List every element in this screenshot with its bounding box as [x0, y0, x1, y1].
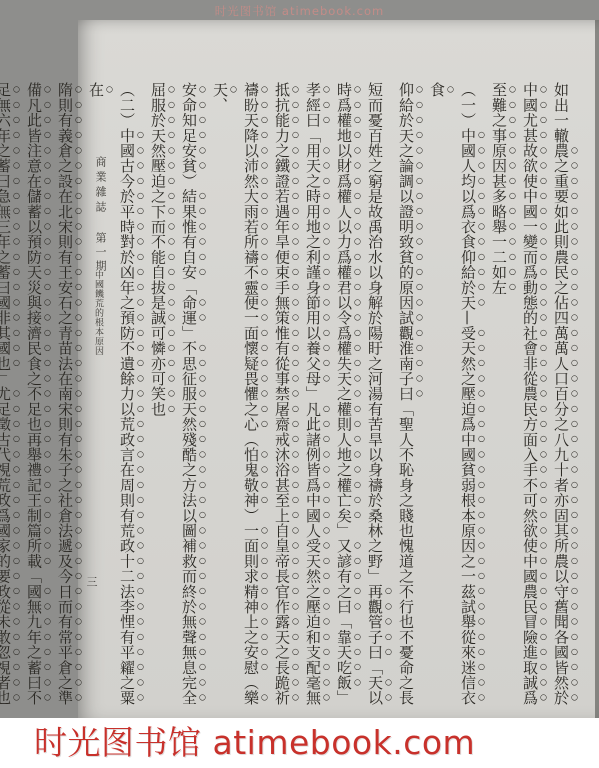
emphasized-text: 備凡此皆注意在儲蓄以預防天災與接濟民食之不足也再舉禮記王制篇所載「國無九年之蓄曰…	[25, 82, 43, 705]
emphasized-text: 中國尤甚故欲使中國一變而爲動態的社會非從農民方面入手不可然欲使中國農民冒險進取誠…	[521, 82, 539, 705]
text-column: 屈服於天然壓迫之下而不能自拔是誠可憐亦可笑也	[145, 82, 176, 710]
emphasized-text: 時爲權地以財爲權人以力爲權君以令爲權失天之權則人地之權亡矣」又諺有之曰「靠天吃飯…	[335, 82, 353, 705]
page-edge-shadow	[595, 20, 599, 718]
scanned-book-page: 如出一轍農之重要如此則農民之佔四萬萬人口百分之八九十者亦固其所農以守舊聞各國皆然…	[78, 20, 599, 718]
emphasized-text: 屈服於天然壓迫之下而不能自拔是誠可憐亦可笑也	[149, 82, 167, 416]
emphasized-text: 農之重要如此則農民之佔四萬萬人口百分之八九十者亦固其所農以守舊聞各國皆然於	[552, 143, 570, 705]
text-column: 孝經曰「用天之時用地之利謹身節用以養父母」凡此諸例皆爲中國人受天然之壓迫和支配毫…	[300, 82, 331, 710]
text-column: 短而憂百姓之窮是故禹治水以身解於陽盱之河湯有苦旱以身禱於桑林之野」再觀管子曰「天…	[362, 82, 393, 710]
text-column: 隋則有義倉之設在北宋則有王安石之青苗法在南宋則有朱子之社倉法遞及今日而有常平倉之…	[52, 82, 83, 710]
text-column: 安命知足安貧）結果惟有自安「命運」不思征服天然殘酷之方法以圖補救而終於無聲無息完…	[176, 82, 207, 710]
text-column: 至難之事原因甚多略舉一二如左	[486, 82, 517, 710]
text-column: 仰給於天之論調以證明致貧的原因試觀淮南子曰「聖人不恥身之賤也愧道之不行也不憂命之…	[393, 82, 424, 710]
text-column: 抵抗能力之鐵證若遇年旱便束手無策惟有從事禁屠齋戒沐浴甚至上自皇帝長官作露天之長跪…	[269, 82, 300, 710]
text-column: 足無六年之蓄曰急無三年之蓄曰國非其國也」尤足徵古代視荒政爲國家的要政從未敢忽視者…	[0, 82, 21, 710]
text-column: 備凡此皆注意在儲蓄以預防天災與接濟民食之不足也再舉禮記王制篇所載「國無九年之蓄曰…	[21, 82, 52, 710]
emphasized-text: 足無六年之蓄曰急無三年之蓄曰國非其國也」尤足徵古代視荒政爲國家的要政從未敢忽視者…	[0, 82, 12, 705]
plain-text: （一）	[459, 82, 477, 128]
emphasized-text: 抵抗能力之鐵證若遇年旱便束手無策惟有從事禁屠齋戒沐浴甚至上自皇帝長官作露天之長跪…	[273, 82, 291, 705]
plain-text: 如出一轍	[552, 82, 570, 143]
text-column: 如出一轍農之重要如此則農民之佔四萬萬人口百分之八九十者亦固其所農以守舊聞各國皆然…	[548, 82, 579, 710]
text-column: （一）中國人均以爲衣食仰給於天—受天然之壓迫爲中國貧弱根本原因之一茲試舉從來迷信…	[424, 82, 486, 710]
emphasized-text: 中國人均以爲衣食仰給於天—受天然之壓迫爲中國貧弱根本原因之一茲試舉從來迷信衣食	[428, 82, 477, 705]
site-banner: 时光图书馆 atimebook.com	[0, 718, 599, 768]
text-column: 時爲權地以財爲權人以力爲權君以令爲權失天之權則人地之權亡矣」又諺有之曰「靠天吃飯…	[331, 82, 362, 710]
issue-label: 第一期	[92, 232, 108, 274]
plain-text: （二）	[118, 82, 136, 128]
text-column: 禱盼天降以沛然大雨若所禱不靈便一面懷疑畏懼之心（怕鬼敬神）一面則求精神上之安慰（…	[207, 82, 269, 710]
plain-text: 短而憂百姓之窮是故禹治水以身解於陽盱之河湯有苦旱以身禱於桑林之野」	[366, 82, 384, 584]
emphasized-text: 仰給於天之論調以證明致貧的原因試觀淮南子曰	[397, 82, 415, 401]
article-title-running-head: 中國饑荒的根本原因	[92, 270, 105, 356]
emphasized-text: 孝經曰「用天之時用地之利謹身節用以養父母」凡此諸例皆爲中國人受天然之壓迫和支配毫…	[304, 82, 322, 705]
emphasized-text: 隋則有義倉之設在北宋則有王安石之青苗法在南宋則有朱子之社倉法遞及今日而有常平倉之…	[56, 82, 74, 705]
emphasized-text: 至難之事原因甚多略舉一二如左	[490, 82, 508, 295]
journal-title: 商業雜誌	[92, 156, 108, 216]
site-banner-text: 时光图书馆 atimebook.com	[0, 718, 599, 768]
text-column: 中國尤甚故欲使中國一變而爲動態的社會非從農民方面入手不可然欲使中國農民冒險進取誠…	[517, 82, 548, 710]
plain-text: 「聖人不恥身之賤也愧道之不行也不憂命之長	[397, 401, 415, 705]
emphasized-text: 安命知足安貧）結果惟有自安「命運」不思征服天然殘酷之方法以圖補救而終於無聲無息完…	[180, 82, 198, 705]
top-watermark: 时光图书馆 atimebook.com	[0, 3, 599, 19]
emphasized-text: 再觀管子曰「天以	[366, 584, 384, 706]
emphasized-text: 禱盼天降以沛然大雨若所禱不靈便一面懷疑畏懼之心（怕鬼敬神）一面則求精神上之安慰（…	[211, 82, 260, 705]
article-body: 如出一轍農之重要如此則農民之佔四萬萬人口百分之八九十者亦固其所農以守舊聞各國皆然…	[0, 82, 579, 710]
page-number: 三	[83, 576, 99, 587]
